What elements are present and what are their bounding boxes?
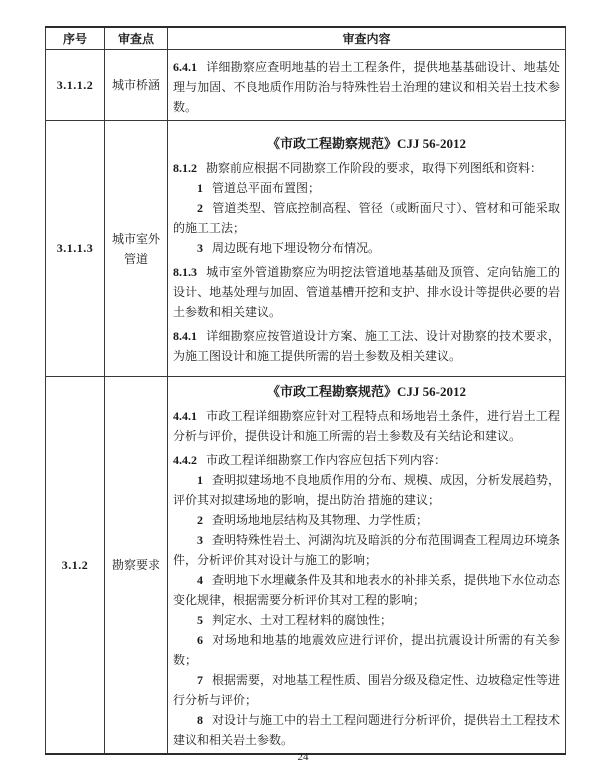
column-header-point: 审查点: [105, 27, 168, 50]
paragraph-number: 5: [197, 613, 212, 627]
header-row: 序号 审查点 审查内容: [46, 27, 566, 50]
item-paragraph: 1查明拟建场地不良地质作用的分布、规模、成因，分析发展趋势，评价其对拟建场地的影…: [173, 470, 560, 510]
serial-cell: 3.1.2: [46, 377, 105, 755]
paragraph-number: 3: [197, 533, 212, 547]
item-paragraph: 6对场地和地基的地震效应进行评价，提出抗震设计所需的有关参数；: [173, 630, 560, 670]
point-cell: 城市桥涵: [105, 50, 168, 121]
paragraph-number: 8.4.1: [173, 329, 206, 343]
table-body: 3.1.1.2城市桥涵6.4.1详细勘察应查明地基的岩土工程条件，提供地基基础设…: [46, 50, 566, 755]
paragraph-text: 详细勘察应查明地基的岩土工程条件，提供地基基础设计、地基处理与加固、不良地质作用…: [173, 60, 560, 114]
paragraph-number: 2: [197, 513, 212, 527]
paragraph-text: 查明场地地层结构及其物理、力学性质；: [212, 513, 428, 527]
item-paragraph: 3周边既有地下埋设物分布情况。: [173, 238, 560, 258]
table-row: 3.1.1.3城市室外管道《市政工程勘察规范》CJJ 56-20128.1.2勘…: [46, 121, 566, 377]
paragraph-number: 6.4.1: [173, 60, 206, 74]
point-cell: 勘察要求: [105, 377, 168, 755]
serial-cell: 3.1.1.2: [46, 50, 105, 121]
paragraph-text: 查明地下水埋藏条件及其和地表水的补排关系，提供地下水位动态变化规律，根据需要分析…: [173, 573, 560, 607]
content-cell: 《市政工程勘察规范》CJJ 56-20128.1.2勘察前应根据不同勘察工作阶段…: [168, 121, 566, 377]
standard-heading: 《市政工程勘察规范》CJJ 56-2012: [173, 382, 560, 402]
paragraph-number: 3: [197, 241, 212, 255]
paragraph-text: 勘察前应根据不同勘察工作阶段的要求，取得下列图纸和资料：: [206, 161, 542, 175]
paragraph-text: 详细勘察应按管道设计方案、施工工法、设计对勘察的技术要求，为施工图设计和施工提供…: [173, 329, 560, 363]
item-paragraph: 1管道总平面布置图；: [173, 178, 560, 198]
clause-paragraph: 8.1.2勘察前应根据不同勘察工作阶段的要求，取得下列图纸和资料：: [173, 158, 560, 178]
paragraph-number: 7: [197, 673, 212, 687]
serial-cell: 3.1.1.3: [46, 121, 105, 377]
content-cell: 《市政工程勘察规范》CJJ 56-20124.4.1市政工程详细勘察应针对工程特…: [168, 377, 566, 755]
paragraph-number: 4.4.2: [173, 453, 206, 467]
paragraph-number: 1: [197, 181, 212, 195]
paragraph-text: 查明拟建场地不良地质作用的分布、规模、成因，分析发展趋势，评价其对拟建场地的影响…: [173, 473, 560, 507]
paragraph-text: 管道类型、管底控制高程、管径（或断面尺寸）、管材和可能采取的施工工法；: [173, 201, 560, 235]
column-header-serial: 序号: [46, 27, 105, 50]
paragraph-text: 市政工程详细勘察工作内容应包括下列内容：: [206, 453, 446, 467]
paragraph-text: 查明特殊性岩土、河湖沟坑及暗浜的分布范围调查工程周边环境条件，分析评价其对设计与…: [173, 533, 560, 567]
review-table: 序号 审查点 审查内容 3.1.1.2城市桥涵6.4.1详细勘察应查明地基的岩土…: [45, 26, 566, 755]
item-paragraph: 3查明特殊性岩土、河湖沟坑及暗浜的分布范围调查工程周边环境条件，分析评价其对设计…: [173, 530, 560, 570]
point-cell: 城市室外管道: [105, 121, 168, 377]
item-paragraph: 8对设计与施工中的岩土工程问题进行分析评价，提供岩土工程技术建议和相关岩土参数。: [173, 710, 560, 750]
item-paragraph: 2管道类型、管底控制高程、管径（或断面尺寸）、管材和可能采取的施工工法；: [173, 198, 560, 238]
item-paragraph: 5判定水、土对工程材料的腐蚀性；: [173, 610, 560, 630]
paragraph-number: 4: [197, 573, 212, 587]
page-number: 24: [0, 751, 606, 763]
column-header-content: 审查内容: [168, 27, 566, 50]
paragraph-text: 城市室外管道勘察应为明挖法管道地基基础及顶管、定向钻施工的设计、地基处理与加固、…: [173, 265, 560, 319]
paragraph-number: 8.1.2: [173, 161, 206, 175]
paragraph-number: 2: [197, 201, 212, 215]
document-page: 序号 审查点 审查内容 3.1.1.2城市桥涵6.4.1详细勘察应查明地基的岩土…: [0, 0, 606, 783]
content-cell: 6.4.1详细勘察应查明地基的岩土工程条件，提供地基基础设计、地基处理与加固、不…: [168, 50, 566, 121]
clause-paragraph: 4.4.2市政工程详细勘察工作内容应包括下列内容：: [173, 450, 560, 470]
paragraph-text: 管道总平面布置图；: [212, 181, 320, 195]
standard-heading: 《市政工程勘察规范》CJJ 56-2012: [173, 134, 560, 154]
paragraph-text: 周边既有地下埋设物分布情况。: [212, 241, 380, 255]
clause-paragraph: 6.4.1详细勘察应查明地基的岩土工程条件，提供地基基础设计、地基处理与加固、不…: [173, 57, 560, 117]
item-paragraph: 2查明场地地层结构及其物理、力学性质；: [173, 510, 560, 530]
paragraph-number: 8: [197, 713, 212, 727]
item-paragraph: 4查明地下水埋藏条件及其和地表水的补排关系，提供地下水位动态变化规律，根据需要分…: [173, 570, 560, 610]
paragraph-text: 对场地和地基的地震效应进行评价，提出抗震设计所需的有关参数；: [173, 633, 560, 667]
clause-paragraph: 8.1.3城市室外管道勘察应为明挖法管道地基基础及顶管、定向钻施工的设计、地基处…: [173, 262, 560, 322]
clause-paragraph: 8.4.1详细勘察应按管道设计方案、施工工法、设计对勘察的技术要求，为施工图设计…: [173, 326, 560, 366]
paragraph-number: 8.1.3: [173, 265, 206, 279]
paragraph-text: 根据需要，对地基工程性质、围岩分级及稳定性、边坡稳定性等进行分析与评价；: [173, 673, 560, 707]
paragraph-text: 市政工程详细勘察应针对工程特点和场地岩土条件，进行岩土工程分析与评价，提供设计和…: [173, 409, 560, 443]
paragraph-number: 4.4.1: [173, 409, 206, 423]
paragraph-text: 判定水、土对工程材料的腐蚀性；: [212, 613, 392, 627]
item-paragraph: 7根据需要，对地基工程性质、围岩分级及稳定性、边坡稳定性等进行分析与评价；: [173, 670, 560, 710]
table-row: 3.1.2勘察要求《市政工程勘察规范》CJJ 56-20124.4.1市政工程详…: [46, 377, 566, 755]
paragraph-number: 6: [197, 633, 212, 647]
paragraph-text: 对设计与施工中的岩土工程问题进行分析评价，提供岩土工程技术建议和相关岩土参数。: [173, 713, 560, 747]
table-row: 3.1.1.2城市桥涵6.4.1详细勘察应查明地基的岩土工程条件，提供地基基础设…: [46, 50, 566, 121]
paragraph-number: 1: [197, 473, 212, 487]
clause-paragraph: 4.4.1市政工程详细勘察应针对工程特点和场地岩土条件，进行岩土工程分析与评价，…: [173, 406, 560, 446]
